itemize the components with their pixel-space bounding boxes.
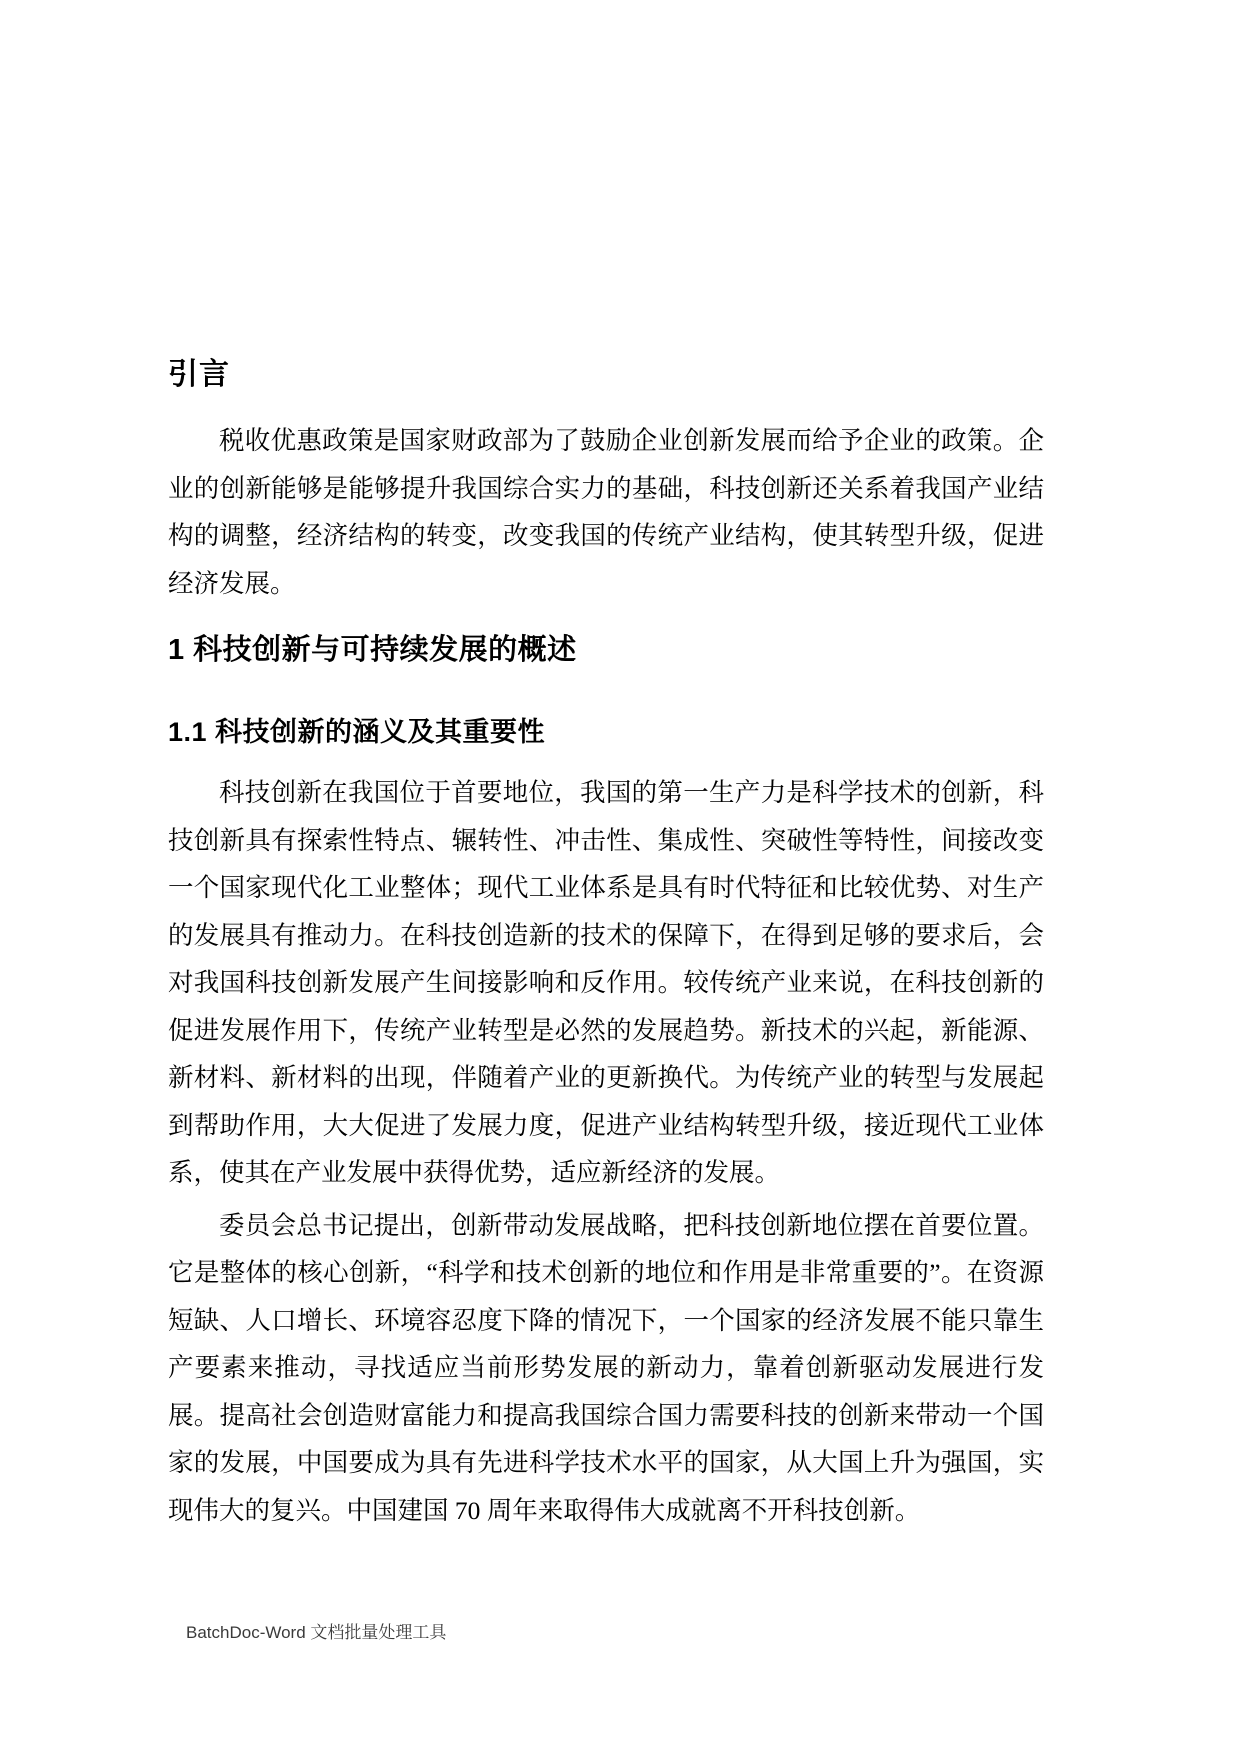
main-body-text-block: 科技创新在我国位于首要地位，我国的第一生产力是科学技术的创新，科技创新具有探索性… (168, 769, 1044, 1534)
batchdoc-watermark: BatchDoc-Word 文档批量处理工具 (186, 1622, 446, 1644)
section-1-1-heading: 1.1 科技创新的涵义及其重要性 (168, 715, 545, 749)
section-1-heading: 1 科技创新与可持续发展的概述 (168, 632, 577, 669)
document-intro-title: 引言 (168, 356, 230, 394)
body-paragraph: 科技创新在我国位于首要地位，我国的第一生产力是科学技术的创新，科技创新具有探索性… (168, 769, 1044, 1197)
document-page: 引言 税收优惠政策是国家财政部为了鼓励企业创新发展而给予企业的政策。企业的创新能… (0, 0, 1240, 1754)
intro-paragraph: 税收优惠政策是国家财政部为了鼓励企业创新发展而给予企业的政策。企业的创新能够是能… (168, 417, 1044, 607)
intro-paragraph-block: 税收优惠政策是国家财政部为了鼓励企业创新发展而给予企业的政策。企业的创新能够是能… (168, 417, 1044, 607)
body-paragraph: 委员会总书记提出，创新带动发展战略，把科技创新地位摆在首要位置。它是整体的核心创… (168, 1202, 1044, 1535)
